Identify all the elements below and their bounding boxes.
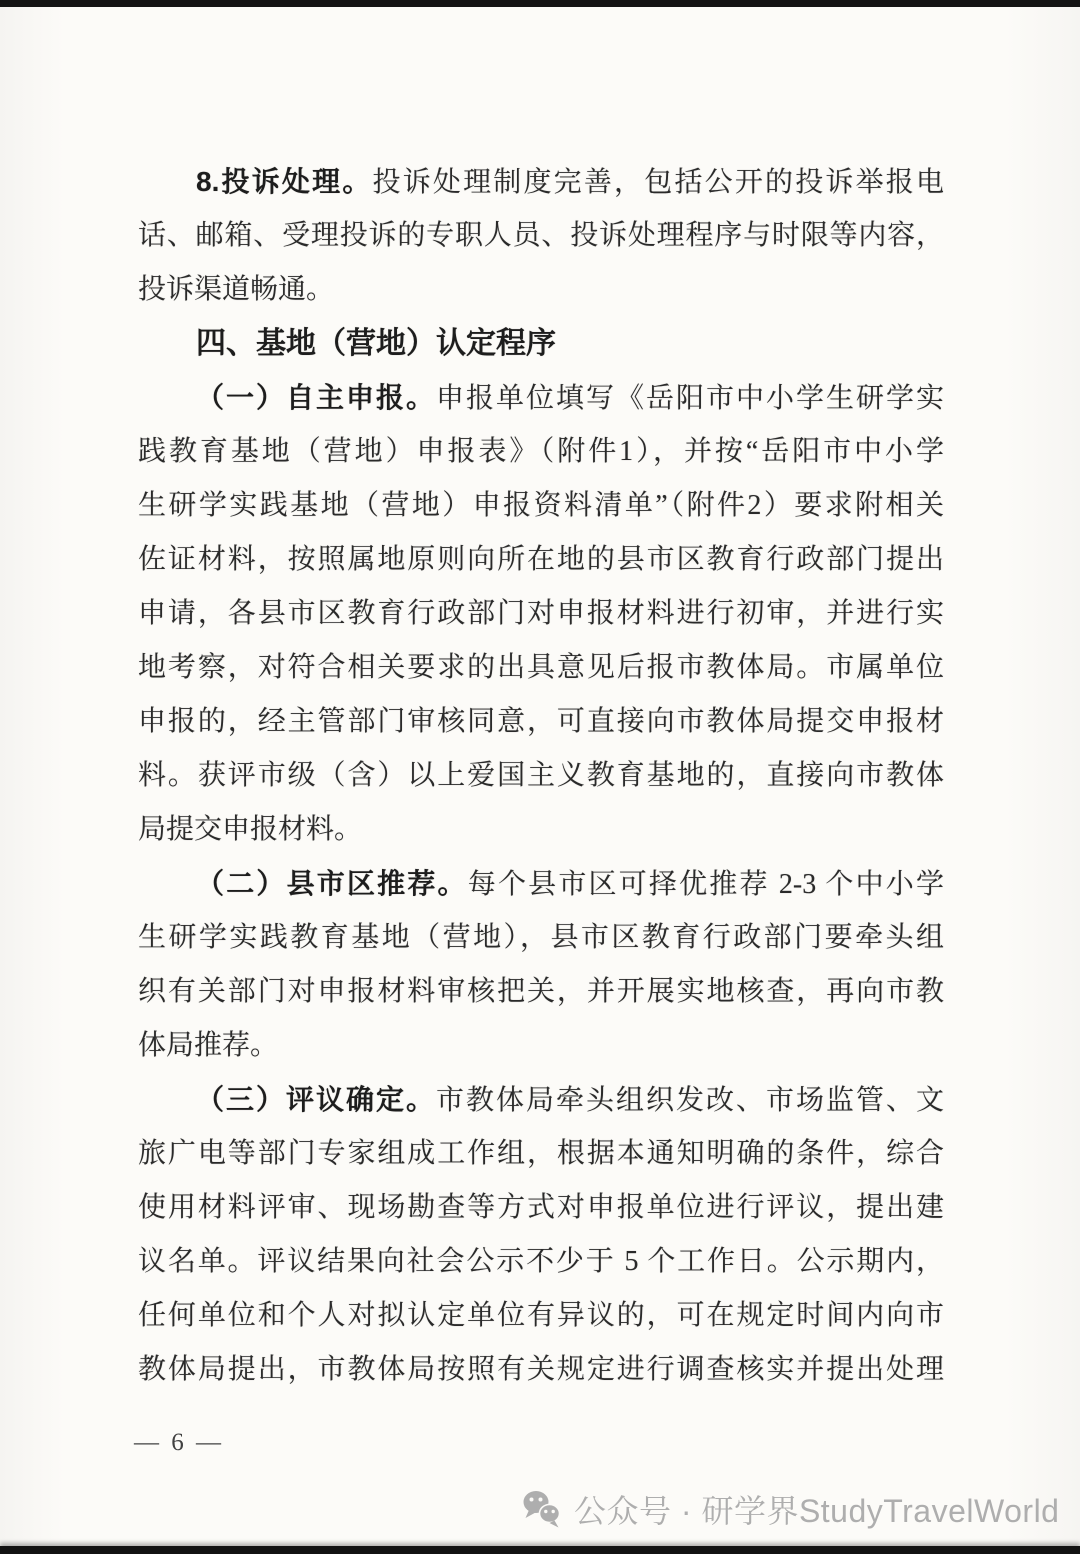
- para-review-confirmation: （三）评议确定。市教体局牵头组织发改、市场监管、文旅广电等部门专家组成工作组，根…: [138, 1073, 944, 1397]
- text-line: 生研学实践基地（营地）申报资料清单”（附件2）要求附相关: [138, 479, 944, 533]
- text-line: 佐证材料，按照属地原则向所在地的县市区教育行政部门提出: [138, 533, 944, 587]
- text-line: 使用材料评审、现场勘查等方式对申报单位进行评议，提出建: [138, 1181, 944, 1235]
- text-line: 8.投诉处理。投诉处理制度完善，包括公开的投诉举报电: [138, 155, 944, 209]
- watermark: 公众号 · 研学界StudyTravelWorld: [521, 1486, 1059, 1532]
- bold-lead-text: （一）自主申报。: [196, 382, 436, 413]
- text-line: 投诉渠道畅通。: [138, 263, 944, 317]
- text-line: 地考察，对符合相关要求的出具意见后报市教体局。市属单位: [138, 641, 944, 695]
- line-text: 投诉渠道畅通。: [138, 274, 334, 305]
- text-line: 局提交申报材料。: [138, 803, 944, 857]
- text-line: （一）自主申报。申报单位填写《岳阳市中小学生研学实: [138, 371, 944, 425]
- text-line: 话、邮箱、受理投诉的专职人员、投诉处理程序与时限等内容，: [138, 209, 944, 263]
- line-text: 料。获评市级（含）以上爱国主义教育基地的，直接向市教体: [138, 760, 944, 791]
- text-line: 四、基地（营地）认定程序: [138, 317, 944, 371]
- bold-lead-text: 四、基地（营地）认定程序: [196, 327, 556, 360]
- line-text: 每个县市区可择优推荐 2-3 个中小学: [468, 869, 944, 900]
- line-text: 教体局提出，市教体局按照有关规定进行调查核实并提出处理: [138, 1354, 944, 1385]
- scan-edge-top: [0, 0, 1080, 7]
- line-text: 使用材料评审、现场勘查等方式对申报单位进行评议，提出建: [138, 1192, 944, 1223]
- line-text: 话、邮箱、受理投诉的专职人员、投诉处理程序与时限等内容，: [138, 220, 944, 251]
- heading-section-four-certification-procedure: 四、基地（营地）认定程序: [138, 317, 944, 371]
- line-text: 任何单位和个人对拟认定单位有异议的，可在规定时间内向市: [138, 1300, 944, 1331]
- line-text: 投诉处理制度完善，包括公开的投诉举报电: [373, 167, 944, 198]
- text-line: （三）评议确定。市教体局牵头组织发改、市场监管、文: [138, 1073, 944, 1127]
- line-text: 申请，各县市区教育行政部门对申报材料进行初审，并进行实: [138, 598, 944, 629]
- text-line: 申请，各县市区教育行政部门对申报材料进行初审，并进行实: [138, 587, 944, 641]
- line-text: 践教育基地（营地）申报表》（附件1），并按“岳阳市中小学: [138, 436, 944, 467]
- para-complaint-handling: 8.投诉处理。投诉处理制度完善，包括公开的投诉举报电话、邮箱、受理投诉的专职人员…: [138, 155, 944, 317]
- bold-lead-text: （三）评议确定。: [196, 1084, 436, 1115]
- line-text: 市教体局牵头组织发改、市场监管、文: [436, 1085, 944, 1116]
- text-line: 议名单。评议结果向社会公示不少于 5 个工作日。公示期内，: [138, 1235, 944, 1289]
- text-line: 践教育基地（营地）申报表》（附件1），并按“岳阳市中小学: [138, 425, 944, 479]
- line-text: 织有关部门对申报材料审核把关，并开展实地核查，再向市教: [138, 976, 944, 1007]
- document-body: 8.投诉处理。投诉处理制度完善，包括公开的投诉举报电话、邮箱、受理投诉的专职人员…: [138, 155, 944, 1397]
- text-line: 织有关部门对申报材料审核把关，并开展实地核查，再向市教: [138, 965, 944, 1019]
- line-text: 申报的，经主管部门审核同意，可直接向市教体局提交申报材: [138, 706, 944, 737]
- text-line: 料。获评市级（含）以上爱国主义教育基地的，直接向市教体: [138, 749, 944, 803]
- line-text: 申报单位填写《岳阳市中小学生研学实: [436, 383, 944, 414]
- line-text: 地考察，对符合相关要求的出具意见后报市教体局。市属单位: [138, 652, 944, 683]
- text-line: 申报的，经主管部门审核同意，可直接向市教体局提交申报材: [138, 695, 944, 749]
- text-line: 教体局提出，市教体局按照有关规定进行调查核实并提出处理: [138, 1343, 944, 1397]
- line-text: 体局推荐。: [138, 1030, 278, 1061]
- document-page: 8.投诉处理。投诉处理制度完善，包括公开的投诉举报电话、邮箱、受理投诉的专职人员…: [0, 0, 1080, 1554]
- line-text: 生研学实践教育基地（营地），县市区教育行政部门要牵头组: [138, 922, 944, 953]
- scan-edge-bottom: [0, 1546, 1080, 1554]
- bold-lead-text: （二）县市区推荐。: [196, 868, 468, 899]
- text-line: 旅广电等部门专家组成工作组，根据本通知明确的条件，综合: [138, 1127, 944, 1181]
- text-line: 生研学实践教育基地（营地），县市区教育行政部门要牵头组: [138, 911, 944, 965]
- wechat-icon: [521, 1489, 563, 1529]
- line-text: 生研学实践基地（营地）申报资料清单”（附件2）要求附相关: [138, 490, 944, 521]
- page-number: — 6 —: [134, 1429, 224, 1457]
- para-self-application: （一）自主申报。申报单位填写《岳阳市中小学生研学实践教育基地（营地）申报表》（附…: [138, 371, 944, 857]
- line-text: 旅广电等部门专家组成工作组，根据本通知明确的条件，综合: [138, 1138, 944, 1169]
- para-county-recommendation: （二）县市区推荐。每个县市区可择优推荐 2-3 个中小学生研学实践教育基地（营地…: [138, 857, 944, 1073]
- line-text: 佐证材料，按照属地原则向所在地的县市区教育行政部门提出: [138, 544, 944, 575]
- line-text: 局提交申报材料。: [138, 814, 362, 845]
- line-text: 议名单。评议结果向社会公示不少于 5 个工作日。公示期内，: [138, 1246, 944, 1277]
- bold-lead-text: 8.投诉处理。: [196, 166, 373, 197]
- text-line: 任何单位和个人对拟认定单位有异议的，可在规定时间内向市: [138, 1289, 944, 1343]
- text-line: （二）县市区推荐。每个县市区可择优推荐 2-3 个中小学: [138, 857, 944, 911]
- watermark-label: 公众号 · 研学界StudyTravelWorld: [574, 1486, 1059, 1532]
- text-line: 体局推荐。: [138, 1019, 944, 1073]
